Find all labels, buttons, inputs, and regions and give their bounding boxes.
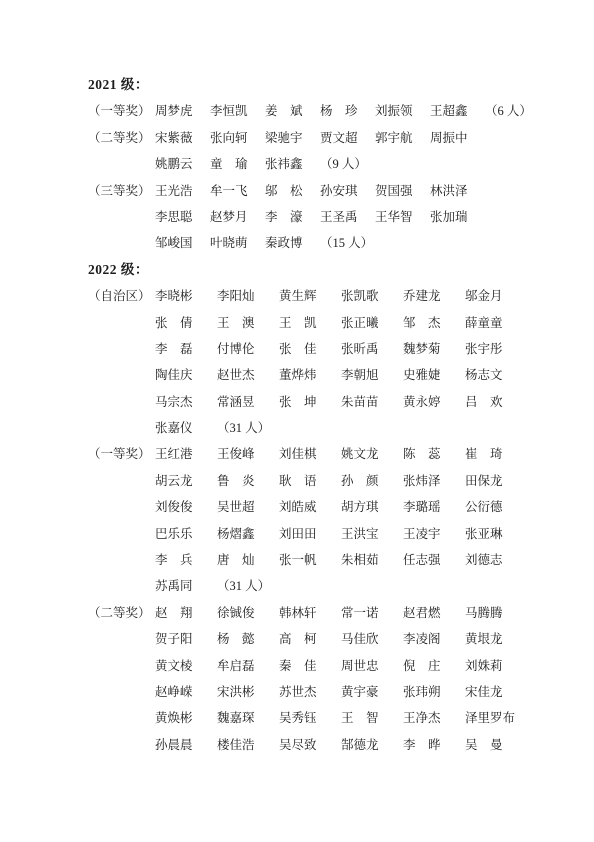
student-name: 陈 蕊: [403, 441, 465, 467]
student-name: 李璐瑶: [403, 494, 465, 520]
section-heading: 2022 级：: [88, 257, 554, 283]
student-name: 孙 颜: [341, 468, 403, 494]
student-name: 王俊峰: [217, 441, 279, 467]
student-name: 张宇彤: [465, 336, 527, 362]
student-name: 赵 翔: [155, 600, 217, 626]
student-name: 李恒凯: [210, 98, 265, 124]
student-name: 邬金月: [465, 283, 527, 309]
document-content: 2021 级：（一等奖）周梦虎李恒凯姜 斌杨 珍刘振领王超鑫（6 人）（二等奖）…: [0, 0, 594, 758]
student-name: 刘德志: [465, 547, 527, 573]
student-name: 张祎鑫: [265, 151, 320, 177]
student-name: 高 柯: [279, 626, 341, 652]
name-row: （一等奖）周梦虎李恒凯姜 斌杨 珍刘振领王超鑫（6 人）: [88, 98, 554, 124]
student-name: 胡方琪: [341, 494, 403, 520]
student-name: 秦政博: [265, 230, 320, 256]
student-name: 刘俊俊: [155, 494, 217, 520]
name-row: （二等奖）赵 翔徐铖俊韩林轩常一诺赵君燃马腾腾: [88, 600, 554, 626]
count-label: （15 人）: [320, 230, 375, 256]
student-name: 李朝旭: [341, 362, 403, 388]
student-name: 陶佳庆: [155, 362, 217, 388]
student-name: 王 凯: [279, 310, 341, 336]
student-name: 张嘉仪: [155, 415, 217, 441]
award-label: （三等奖）: [88, 178, 155, 204]
student-name: 刘佳棋: [279, 441, 341, 467]
student-name: 叶晓萌: [210, 230, 265, 256]
student-name: 吴尽致: [279, 732, 341, 758]
student-name: 孙晨晨: [155, 732, 217, 758]
student-name: 田保龙: [465, 468, 527, 494]
name-row: 黄焕彬魏嘉琛吴秀钰王 智王净杰泽里罗布: [88, 705, 554, 731]
student-name: 王洪宝: [341, 521, 403, 547]
student-name: 张正曦: [341, 310, 403, 336]
student-name: 楼佳浩: [217, 732, 279, 758]
student-name: 赵世杰: [217, 362, 279, 388]
name-row: 张嘉仪（31 人）: [88, 415, 554, 441]
student-name: 宋紫薇: [155, 125, 210, 151]
student-name: 魏嘉琛: [217, 705, 279, 731]
name-row: 胡云龙鲁 炎耿 语孙 颜张炜泽田保龙: [88, 468, 554, 494]
student-name: 徐铖俊: [217, 600, 279, 626]
student-name: 黄焕彬: [155, 705, 217, 731]
student-name: 姜 斌: [265, 98, 320, 124]
student-name: 刘振领: [375, 98, 430, 124]
student-name: 周世忠: [341, 653, 403, 679]
name-row: 李 磊付博伦张 佳张昕禹魏梦菊张宇彤: [88, 336, 554, 362]
student-name: 贺国强: [375, 178, 430, 204]
name-row: 巴乐乐杨熠鑫刘田田王洪宝王凌宇张亚琳: [88, 521, 554, 547]
name-row: 黄文棱牟启磊秦 佳周世忠倪 庄刘姝莉: [88, 653, 554, 679]
student-name: 邬 松: [265, 178, 320, 204]
student-name: 童 瑜: [210, 151, 265, 177]
student-name: 秦 佳: [279, 653, 341, 679]
student-name: 李阳灿: [217, 283, 279, 309]
name-row: 马宗杰常涵昱张 坤朱苗苗黄永婷吕 欢: [88, 389, 554, 415]
student-name: 刘皓威: [279, 494, 341, 520]
student-name: 王凌宇: [403, 521, 465, 547]
student-name: 张加瑞: [430, 204, 485, 230]
student-name: 黄垠龙: [465, 626, 527, 652]
student-name: 杨 懿: [217, 626, 279, 652]
count-label: （6 人）: [485, 98, 540, 124]
student-name: 刘姝莉: [465, 653, 527, 679]
student-name: 耿 语: [279, 468, 341, 494]
name-row: 李思聪赵梦月李 濠王圣禹王华智张加瑞: [88, 204, 554, 230]
award-label: （自治区）: [88, 283, 155, 309]
student-name: 王光浩: [155, 178, 210, 204]
student-name: 李 兵: [155, 547, 217, 573]
student-name: 张 倩: [155, 310, 217, 336]
name-row: 李 兵唐 灿张一帆朱相茹任志强刘德志: [88, 547, 554, 573]
name-row: 赵峥嵘宋洪彬苏世杰黄宇豪张玮朔宋佳龙: [88, 679, 554, 705]
student-name: 张一帆: [279, 547, 341, 573]
student-name: 韩林轩: [279, 600, 341, 626]
student-name: 董烨炜: [279, 362, 341, 388]
student-name: 黄生辉: [279, 283, 341, 309]
student-name: 宋佳龙: [465, 679, 527, 705]
award-label: （二等奖）: [88, 600, 155, 626]
student-name: 王 澳: [217, 310, 279, 336]
student-name: 郜德龙: [341, 732, 403, 758]
student-name: 张 坤: [279, 389, 341, 415]
student-name: 公衍德: [465, 494, 527, 520]
count-label: （9 人）: [320, 151, 375, 177]
student-name: 吴世超: [217, 494, 279, 520]
student-name: 乔建龙: [403, 283, 465, 309]
student-name: 邹 杰: [403, 310, 465, 336]
document-page: 2021 级：（一等奖）周梦虎李恒凯姜 斌杨 珍刘振领王超鑫（6 人）（二等奖）…: [0, 0, 594, 842]
student-name: 宋洪彬: [217, 679, 279, 705]
student-name: 马腾腾: [465, 600, 527, 626]
student-name: 赵君燃: [403, 600, 465, 626]
student-name: 王红港: [155, 441, 217, 467]
student-name: 贺子阳: [155, 626, 217, 652]
student-name: 李 晔: [403, 732, 465, 758]
name-row: 贺子阳杨 懿高 柯马佳欣李凌阁黄垠龙: [88, 626, 554, 652]
student-name: 李 濠: [265, 204, 320, 230]
section-heading: 2021 级：: [88, 72, 554, 98]
name-row: 陶佳庆赵世杰董烨炜李朝旭史雅婕杨志文: [88, 362, 554, 388]
student-name: 赵峥嵘: [155, 679, 217, 705]
student-name: 胡云龙: [155, 468, 217, 494]
student-name: 黄永婷: [403, 389, 465, 415]
student-name: 刘田田: [279, 521, 341, 547]
student-name: 牟启磊: [217, 653, 279, 679]
student-name: 王净杰: [403, 705, 465, 731]
student-name: 张凯歌: [341, 283, 403, 309]
count-label: （31 人）: [217, 573, 279, 599]
student-name: 李 磊: [155, 336, 217, 362]
student-name: 常涵昱: [217, 389, 279, 415]
student-name: 张炜泽: [403, 468, 465, 494]
student-name: 巴乐乐: [155, 521, 217, 547]
name-row: （二等奖）宋紫薇张向轲梁驰宇贾文超郭宇航周振中: [88, 125, 554, 151]
student-name: 王华智: [375, 204, 430, 230]
name-row: （三等奖）王光浩牟一飞邬 松孙安琪贺国强林洪泽: [88, 178, 554, 204]
name-row: 刘俊俊吴世超刘皓威胡方琪李璐瑶公衍德: [88, 494, 554, 520]
award-label: （二等奖）: [88, 125, 155, 151]
student-name: 张 佳: [279, 336, 341, 362]
student-name: 王 智: [341, 705, 403, 731]
name-row: 邹峻国叶晓萌秦政博（15 人）: [88, 230, 554, 256]
student-name: 李思聪: [155, 204, 210, 230]
student-name: 王圣禹: [320, 204, 375, 230]
student-name: 周振中: [430, 125, 485, 151]
student-name: 张向轲: [210, 125, 265, 151]
student-name: 孙安琪: [320, 178, 375, 204]
student-name: 崔 琦: [465, 441, 527, 467]
student-name: 倪 庄: [403, 653, 465, 679]
name-row: 张 倩王 澳王 凯张正曦邹 杰薛童童: [88, 310, 554, 336]
student-name: 贾文超: [320, 125, 375, 151]
name-row: 苏禹同（31 人）: [88, 573, 554, 599]
student-name: 黄宇豪: [341, 679, 403, 705]
student-name: 林洪泽: [430, 178, 485, 204]
student-name: 王超鑫: [430, 98, 485, 124]
student-name: 杨 珍: [320, 98, 375, 124]
name-row: （一等奖）王红港王俊峰刘佳棋姚文龙陈 蕊崔 琦: [88, 441, 554, 467]
student-name: 张昕禹: [341, 336, 403, 362]
student-name: 泽里罗布: [465, 705, 527, 731]
student-name: 唐 灿: [217, 547, 279, 573]
name-row: 孙晨晨楼佳浩吴尽致郜德龙李 晔吴 曼: [88, 732, 554, 758]
student-name: 吕 欢: [465, 389, 527, 415]
name-row: 姚鹏云童 瑜张祎鑫（9 人）: [88, 151, 554, 177]
student-name: 张玮朔: [403, 679, 465, 705]
student-name: 杨志文: [465, 362, 527, 388]
student-name: 马宗杰: [155, 389, 217, 415]
student-name: 李晓彬: [155, 283, 217, 309]
student-name: 吴秀钰: [279, 705, 341, 731]
student-name: 史雅婕: [403, 362, 465, 388]
student-name: 姚文龙: [341, 441, 403, 467]
student-name: 马佳欣: [341, 626, 403, 652]
student-name: 苏世杰: [279, 679, 341, 705]
student-name: 吴 曼: [465, 732, 527, 758]
student-name: 常一诺: [341, 600, 403, 626]
student-name: 李凌阁: [403, 626, 465, 652]
student-name: 苏禹同: [155, 573, 217, 599]
student-name: 张亚琳: [465, 521, 527, 547]
student-name: 赵梦月: [210, 204, 265, 230]
student-name: 杨熠鑫: [217, 521, 279, 547]
student-name: 付博伦: [217, 336, 279, 362]
student-name: 任志强: [403, 547, 465, 573]
student-name: 牟一飞: [210, 178, 265, 204]
student-name: 朱苗苗: [341, 389, 403, 415]
student-name: 魏梦菊: [403, 336, 465, 362]
student-name: 梁驰宇: [265, 125, 320, 151]
student-name: 鲁 炎: [217, 468, 279, 494]
award-label: （一等奖）: [88, 98, 155, 124]
student-name: 黄文棱: [155, 653, 217, 679]
student-name: 朱相茹: [341, 547, 403, 573]
student-name: 薛童童: [465, 310, 527, 336]
student-name: 郭宇航: [375, 125, 430, 151]
student-name: 周梦虎: [155, 98, 210, 124]
name-row: （自治区）李晓彬李阳灿黄生辉张凯歌乔建龙邬金月: [88, 283, 554, 309]
student-name: 姚鹏云: [155, 151, 210, 177]
count-label: （31 人）: [217, 415, 279, 441]
award-label: （一等奖）: [88, 441, 155, 467]
student-name: 邹峻国: [155, 230, 210, 256]
